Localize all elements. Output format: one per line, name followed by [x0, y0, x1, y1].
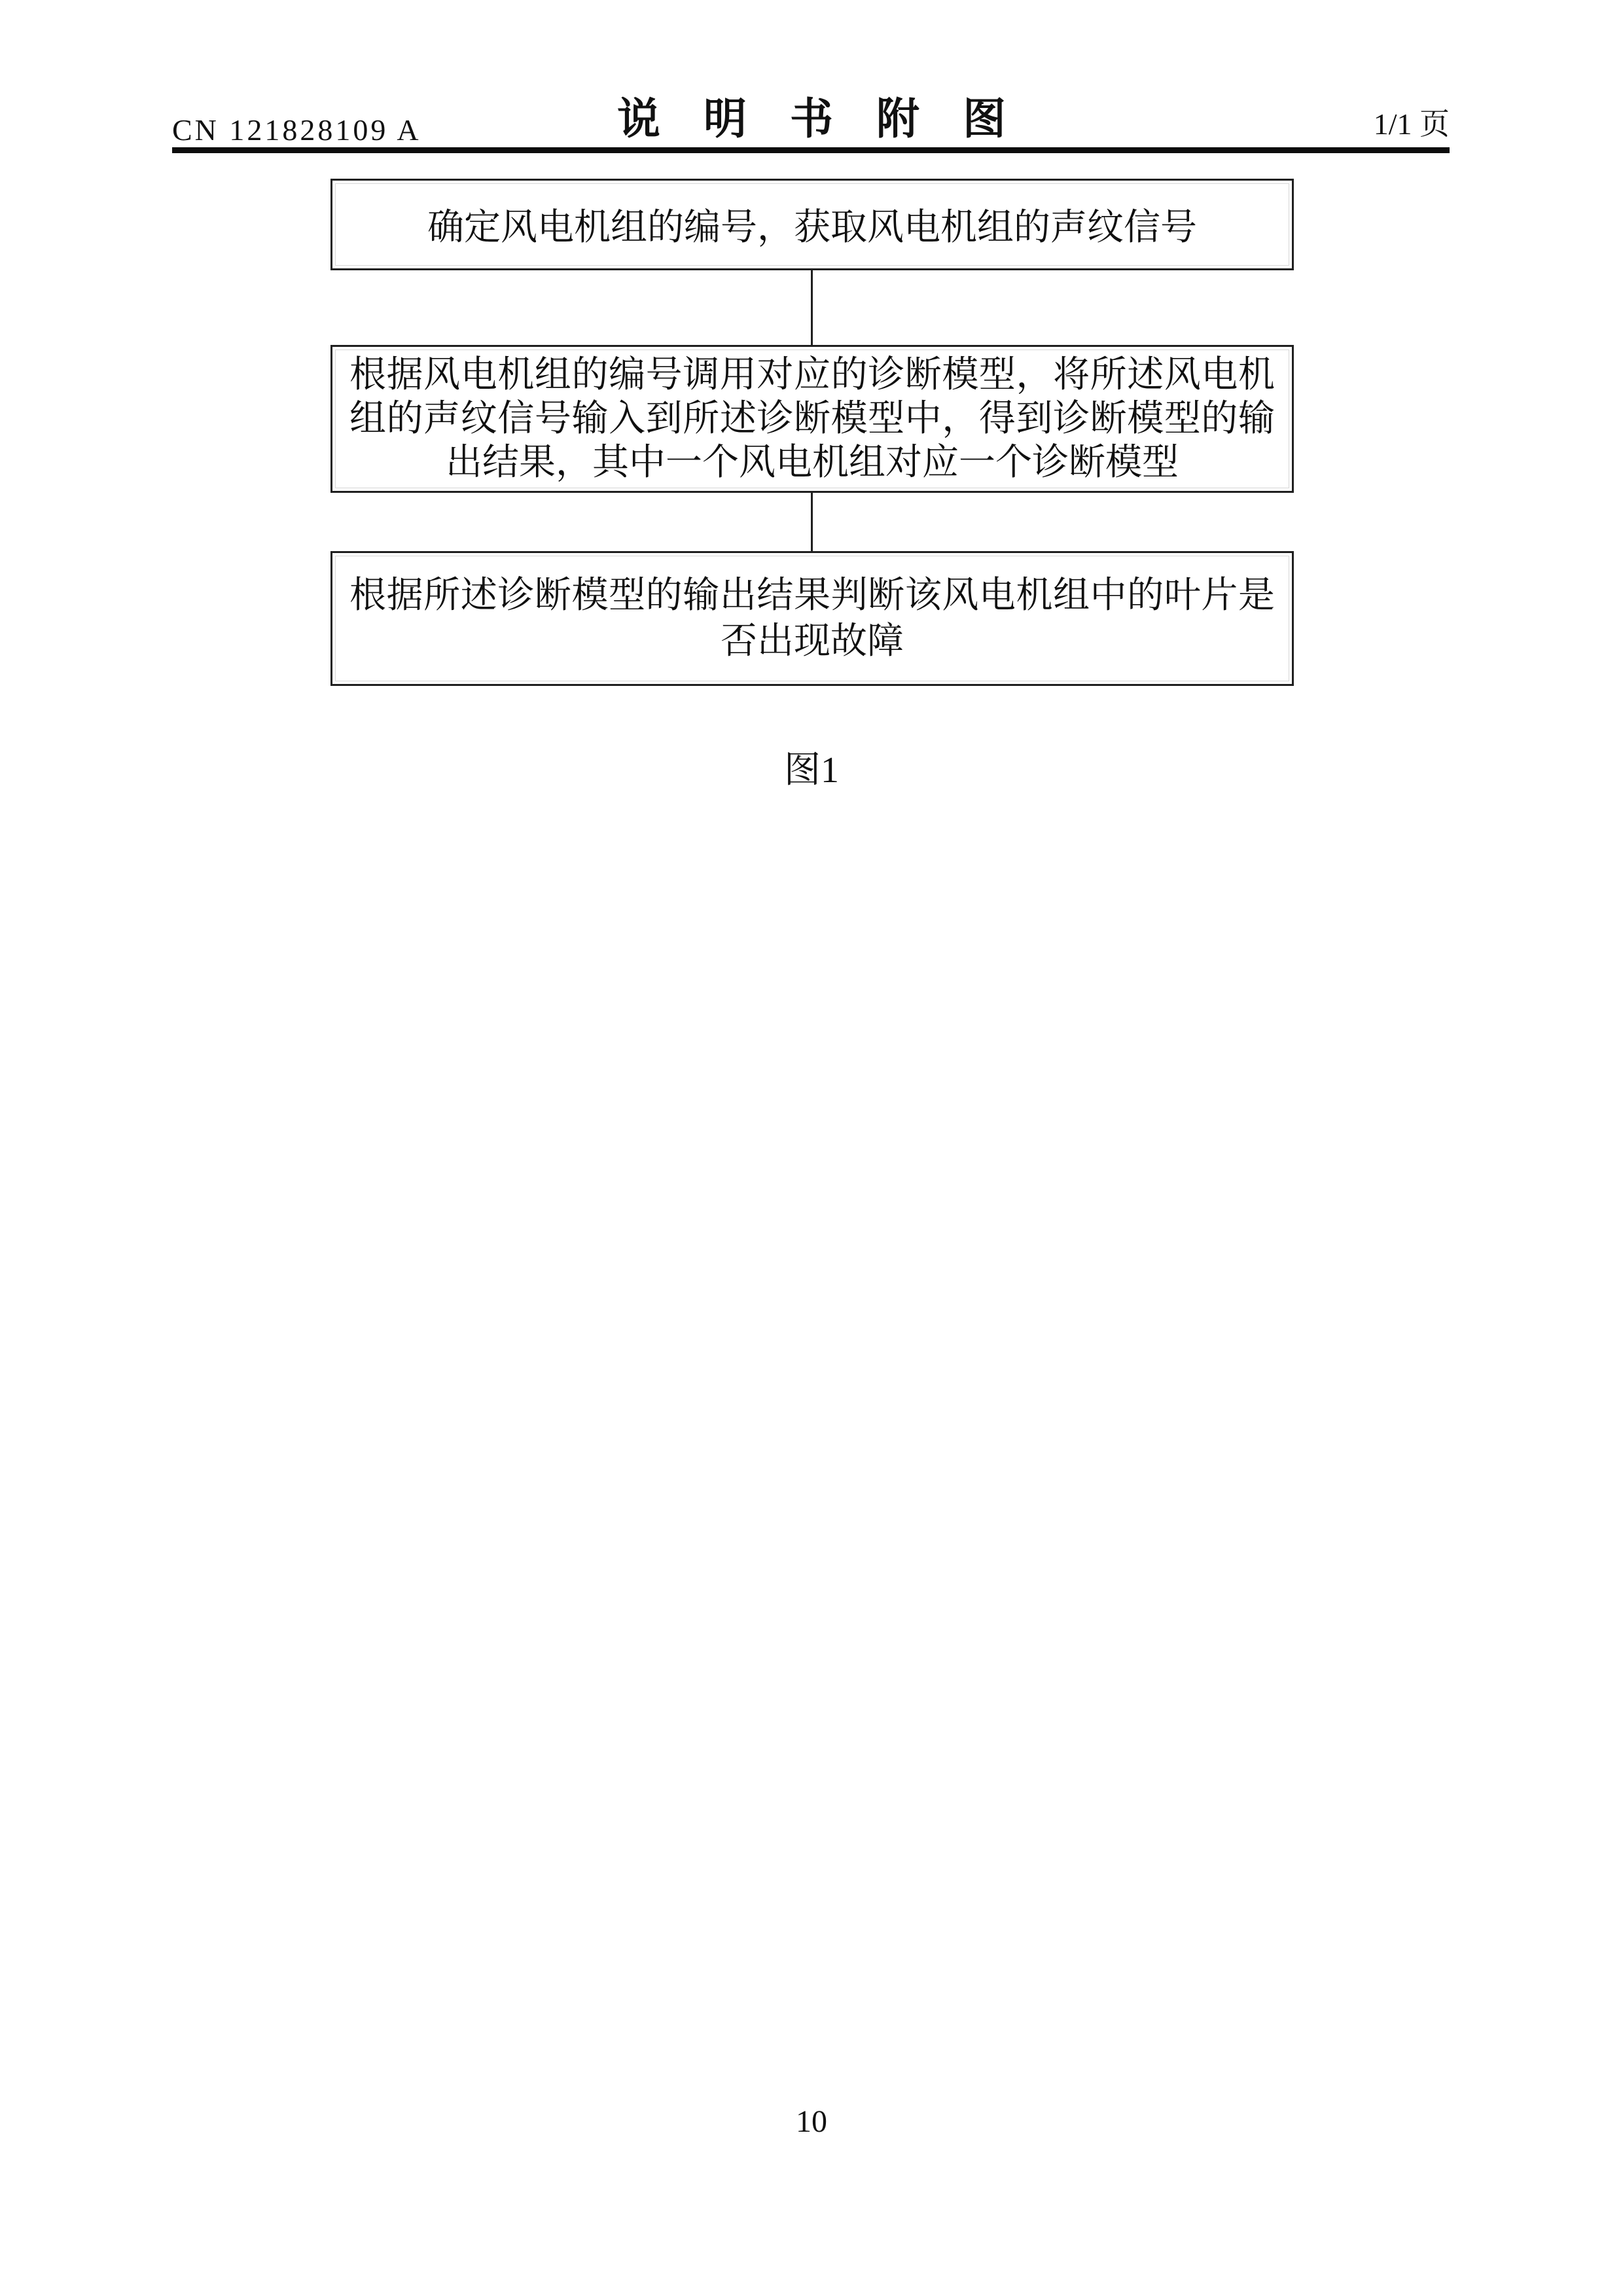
flowchart-connector-2	[811, 493, 813, 551]
sheet-indicator: 1/1 页	[1374, 107, 1450, 141]
flowchart-step-3: 根据所述诊断模型的输出结果判断该风电机组中的叶片是否出现故障	[330, 551, 1294, 686]
flowchart-step-3-text: 根据所述诊断模型的输出结果判断该风电机组中的叶片是否出现故障	[332, 569, 1292, 668]
header-divider-rule	[172, 147, 1450, 153]
flowchart-step-2: 根据风电机组的编号调用对应的诊断模型，将所述风电机组的声纹信号输入到所述诊断模型…	[330, 345, 1294, 493]
flowchart-connector-1	[811, 270, 813, 345]
page-number: 10	[0, 2105, 1623, 2139]
figure-caption: 图1	[0, 750, 1623, 791]
flowchart-step-2-text: 根据风电机组的编号调用对应的诊断模型，将所述风电机组的声纹信号输入到所述诊断模型…	[332, 350, 1292, 489]
flowchart-step-1-text: 确定风电机组的编号，获取风电机组的声纹信号	[332, 194, 1292, 255]
patent-drawings-page: CN 121828109 A 说明书附图 1/1 页 确定风电机组的编号，获取风…	[0, 0, 1623, 2296]
flowchart-step-1: 确定风电机组的编号，获取风电机组的声纹信号	[330, 179, 1294, 270]
